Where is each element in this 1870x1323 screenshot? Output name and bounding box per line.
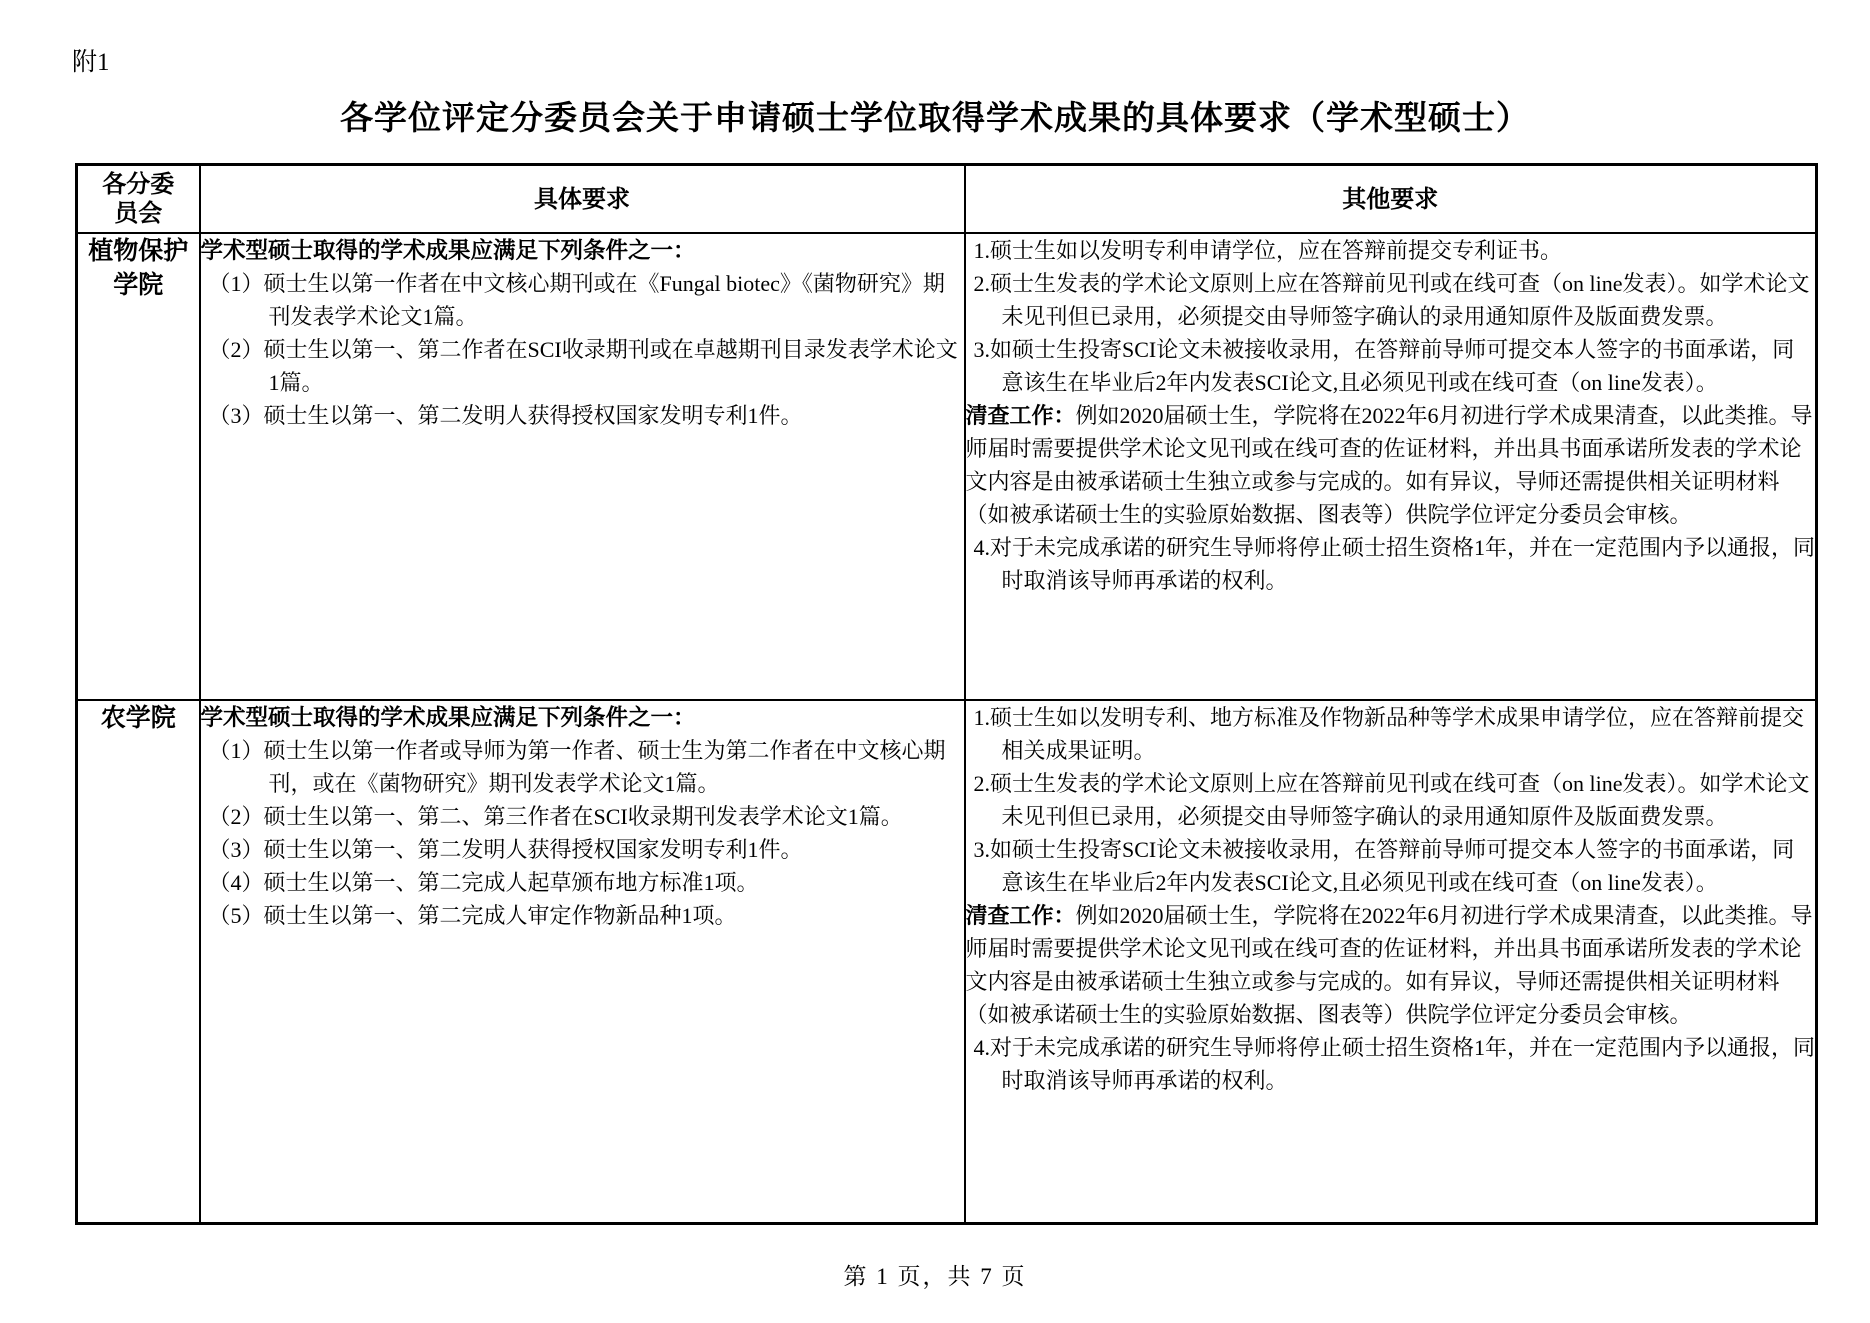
table-row: 植物保护 学院 学术型硕士取得的学术成果应满足下列条件之一： （1）硕士生以第一… (77, 233, 1817, 700)
requirements-cell: 学术型硕士取得的学术成果应满足下列条件之一： （1）硕士生以第一作者或导师为第一… (200, 700, 965, 1223)
inspection-text: 例如2020届硕士生，学院将在2022年6月初进行学术成果清查，以此类推。导师届… (966, 903, 1813, 1027)
inspection-paragraph: 清查工作：例如2020届硕士生，学院将在2022年6月初进行学术成果清查，以此类… (966, 899, 1816, 1031)
page-number-footer: 第 1 页，共 7 页 (0, 1258, 1870, 1291)
table-row: 农学院 学术型硕士取得的学术成果应满足下列条件之一： （1）硕士生以第一作者或导… (77, 700, 1817, 1223)
requirement-item: （5）硕士生以第一、第二完成人审定作物新品种1项。 (201, 899, 964, 932)
column-header-other-requirements: 其他要求 (965, 165, 1817, 234)
table-header-row: 各分委 员会 具体要求 其他要求 (77, 165, 1817, 234)
requirement-item: （2）硕士生以第一、第二作者在SCI收录期刊或在卓越期刊目录发表学术论文1篇。 (201, 333, 964, 399)
requirements-table: 各分委 员会 具体要求 其他要求 植物保护 学院 学术型硕士取得的学术成果应满足… (75, 163, 1818, 1225)
other-requirement-item: 4.对于未完成承诺的研究生导师将停止硕士招生资格1年，并在一定范围内予以通报，同… (966, 1031, 1816, 1097)
other-requirements-cell: 1.硕士生如以发明专利、地方标准及作物新品种等学术成果申请学位，应在答辩前提交相… (965, 700, 1817, 1223)
column-header-committee: 各分委 员会 (77, 165, 200, 234)
requirement-item: （1）硕士生以第一作者在中文核心期刊或在《Fungal biotec》《菌物研究… (201, 267, 964, 333)
committee-name: 农学院 (77, 700, 200, 1223)
column-header-specific-requirements: 具体要求 (200, 165, 965, 234)
inspection-label: 清查工作： (966, 903, 1076, 928)
requirements-cell: 学术型硕士取得的学术成果应满足下列条件之一： （1）硕士生以第一作者在中文核心期… (200, 233, 965, 700)
inspection-label: 清查工作： (966, 403, 1076, 428)
attachment-label: 附1 (72, 42, 110, 78)
requirement-item: （2）硕士生以第一、第二、第三作者在SCI收录期刊发表学术论文1篇。 (201, 800, 964, 833)
other-requirement-item: 2.硕士生发表的学术论文原则上应在答辩前见刊或在线可查（on line发表）。如… (966, 767, 1816, 833)
other-requirement-item: 1.硕士生如以发明专利申请学位，应在答辩前提交专利证书。 (966, 234, 1816, 267)
inspection-paragraph: 清查工作：例如2020届硕士生，学院将在2022年6月初进行学术成果清查，以此类… (966, 399, 1816, 531)
requirements-heading: 学术型硕士取得的学术成果应满足下列条件之一： (201, 234, 964, 267)
other-requirement-item: 4.对于未完成承诺的研究生导师将停止硕士招生资格1年，并在一定范围内予以通报，同… (966, 531, 1816, 597)
other-requirement-item: 1.硕士生如以发明专利、地方标准及作物新品种等学术成果申请学位，应在答辩前提交相… (966, 701, 1816, 767)
requirement-item: （3）硕士生以第一、第二发明人获得授权国家发明专利1件。 (201, 399, 964, 432)
requirements-heading: 学术型硕士取得的学术成果应满足下列条件之一： (201, 701, 964, 734)
requirement-item: （1）硕士生以第一作者或导师为第一作者、硕士生为第二作者在中文核心期刊，或在《菌… (201, 734, 964, 800)
document-page: 附1 各学位评定分委员会关于申请硕士学位取得学术成果的具体要求（学术型硕士） 各… (0, 0, 1870, 1323)
committee-name: 植物保护 学院 (77, 233, 200, 700)
other-requirement-item: 2.硕士生发表的学术论文原则上应在答辩前见刊或在线可查（on line发表）。如… (966, 267, 1816, 333)
inspection-text: 例如2020届硕士生，学院将在2022年6月初进行学术成果清查，以此类推。导师届… (966, 403, 1813, 527)
requirement-item: （3）硕士生以第一、第二发明人获得授权国家发明专利1件。 (201, 833, 964, 866)
other-requirements-cell: 1.硕士生如以发明专利申请学位，应在答辩前提交专利证书。 2.硕士生发表的学术论… (965, 233, 1817, 700)
other-requirement-item: 3.如硕士生投寄SCI论文未被接收录用，在答辩前导师可提交本人签字的书面承诺，同… (966, 833, 1816, 899)
page-title: 各学位评定分委员会关于申请硕士学位取得学术成果的具体要求（学术型硕士） (0, 92, 1870, 139)
requirement-item: （4）硕士生以第一、第二完成人起草颁布地方标准1项。 (201, 866, 964, 899)
other-requirement-item: 3.如硕士生投寄SCI论文未被接收录用，在答辩前导师可提交本人签字的书面承诺，同… (966, 333, 1816, 399)
